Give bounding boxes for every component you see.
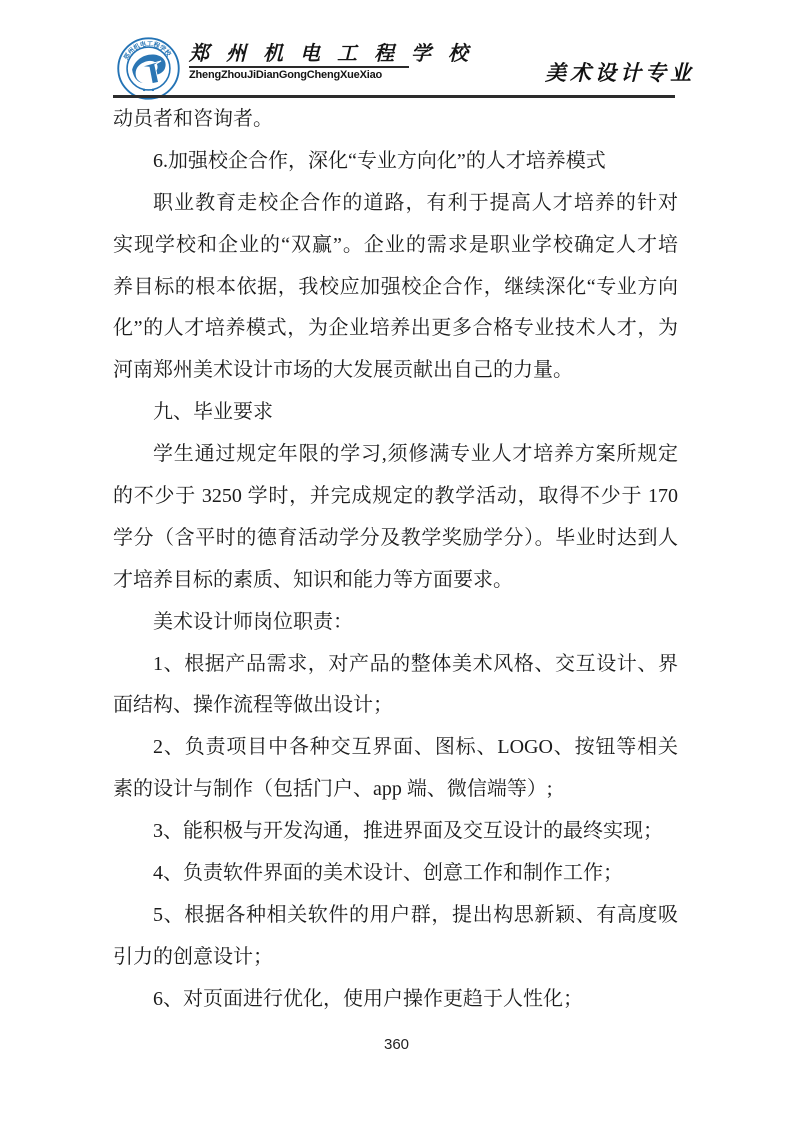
school-logo-icon: 郑州机电工程学校 [117, 37, 180, 100]
body-text-line: 动员者和咨询者。 [113, 99, 678, 141]
school-pinyin: ZhengZhouJiDianGongChengXueXiao [189, 69, 411, 81]
name-divider [189, 66, 409, 68]
document-body: 动员者和咨询者。6.加强校企合作，深化“专业方向化”的人才培养模式职业教育走校企… [113, 99, 678, 1021]
body-text-line: 素的设计与制作（包括门户、app 端、微信端等）; [113, 769, 678, 811]
body-text-line: 的不少于 3250 学时，并完成规定的教学活动，取得不少于 170 [113, 476, 678, 518]
body-text-line: 6、对页面进行优化，使用户操作更趋于人性化； [113, 979, 678, 1021]
school-name: 郑 州 机 电 工 程 学 校 [189, 42, 411, 66]
header-divider [113, 95, 675, 98]
body-text-line: 引力的创意设计； [113, 937, 678, 979]
body-text-line: 养目标的根本依据，我校应加强校企合作，继续深化“专业方向 [113, 267, 678, 309]
page-header: 郑州机电工程学校 郑 州 机 电 工 程 学 校 ZhengZhouJiDian… [0, 0, 793, 100]
page-number: 360 [384, 1036, 409, 1053]
body-text-line: 实现学校和企业的“双赢”。企业的需求是职业学校确定人才培 [113, 225, 678, 267]
body-text-line: 学分（含平时的德育活动学分及教学奖励学分）。毕业时达到人 [113, 518, 678, 560]
major-title: 美术设计专业 [545, 57, 695, 87]
school-name-block: 郑 州 机 电 工 程 学 校 ZhengZhouJiDianGongCheng… [189, 42, 411, 81]
body-text-line: 美术设计师岗位职责： [113, 602, 678, 644]
body-text-line: 化”的人才培养模式，为企业培养出更多合格专业技术人才，为 [113, 308, 678, 350]
body-text-line: 九、毕业要求 [113, 392, 678, 434]
body-text-line: 4、负责软件界面的美术设计、创意工作和制作工作； [113, 853, 678, 895]
body-text-line: 3、能积极与开发沟通，推进界面及交互设计的最终实现； [113, 811, 678, 853]
body-text-line: 6.加强校企合作，深化“专业方向化”的人才培养模式 [113, 141, 678, 183]
document-page: 郑州机电工程学校 郑 州 机 电 工 程 学 校 ZhengZhouJiDian… [0, 0, 793, 1122]
body-text-line: 5、根据各种相关软件的用户群，提出构思新颖、有高度吸 [113, 895, 678, 937]
body-text-line: 职业教育走校企合作的道路，有利于提高人才培养的针对性， [113, 183, 678, 225]
body-text-line: 河南郑州美术设计市场的大发展贡献出自己的力量。 [113, 350, 678, 392]
page-footer: 360 [0, 1036, 793, 1053]
body-text-line: 1、根据产品需求，对产品的整体美术风格、交互设计、界 [113, 644, 678, 686]
body-text-line: 面结构、操作流程等做出设计； [113, 685, 678, 727]
body-text-line: 2、负责项目中各种交互界面、图标、LOGO、按钮等相关元 [113, 727, 678, 769]
body-text-line: 才培养目标的素质、知识和能力等方面要求。 [113, 560, 678, 602]
body-text-line: 学生通过规定年限的学习,须修满专业人才培养方案所规定 [113, 434, 678, 476]
